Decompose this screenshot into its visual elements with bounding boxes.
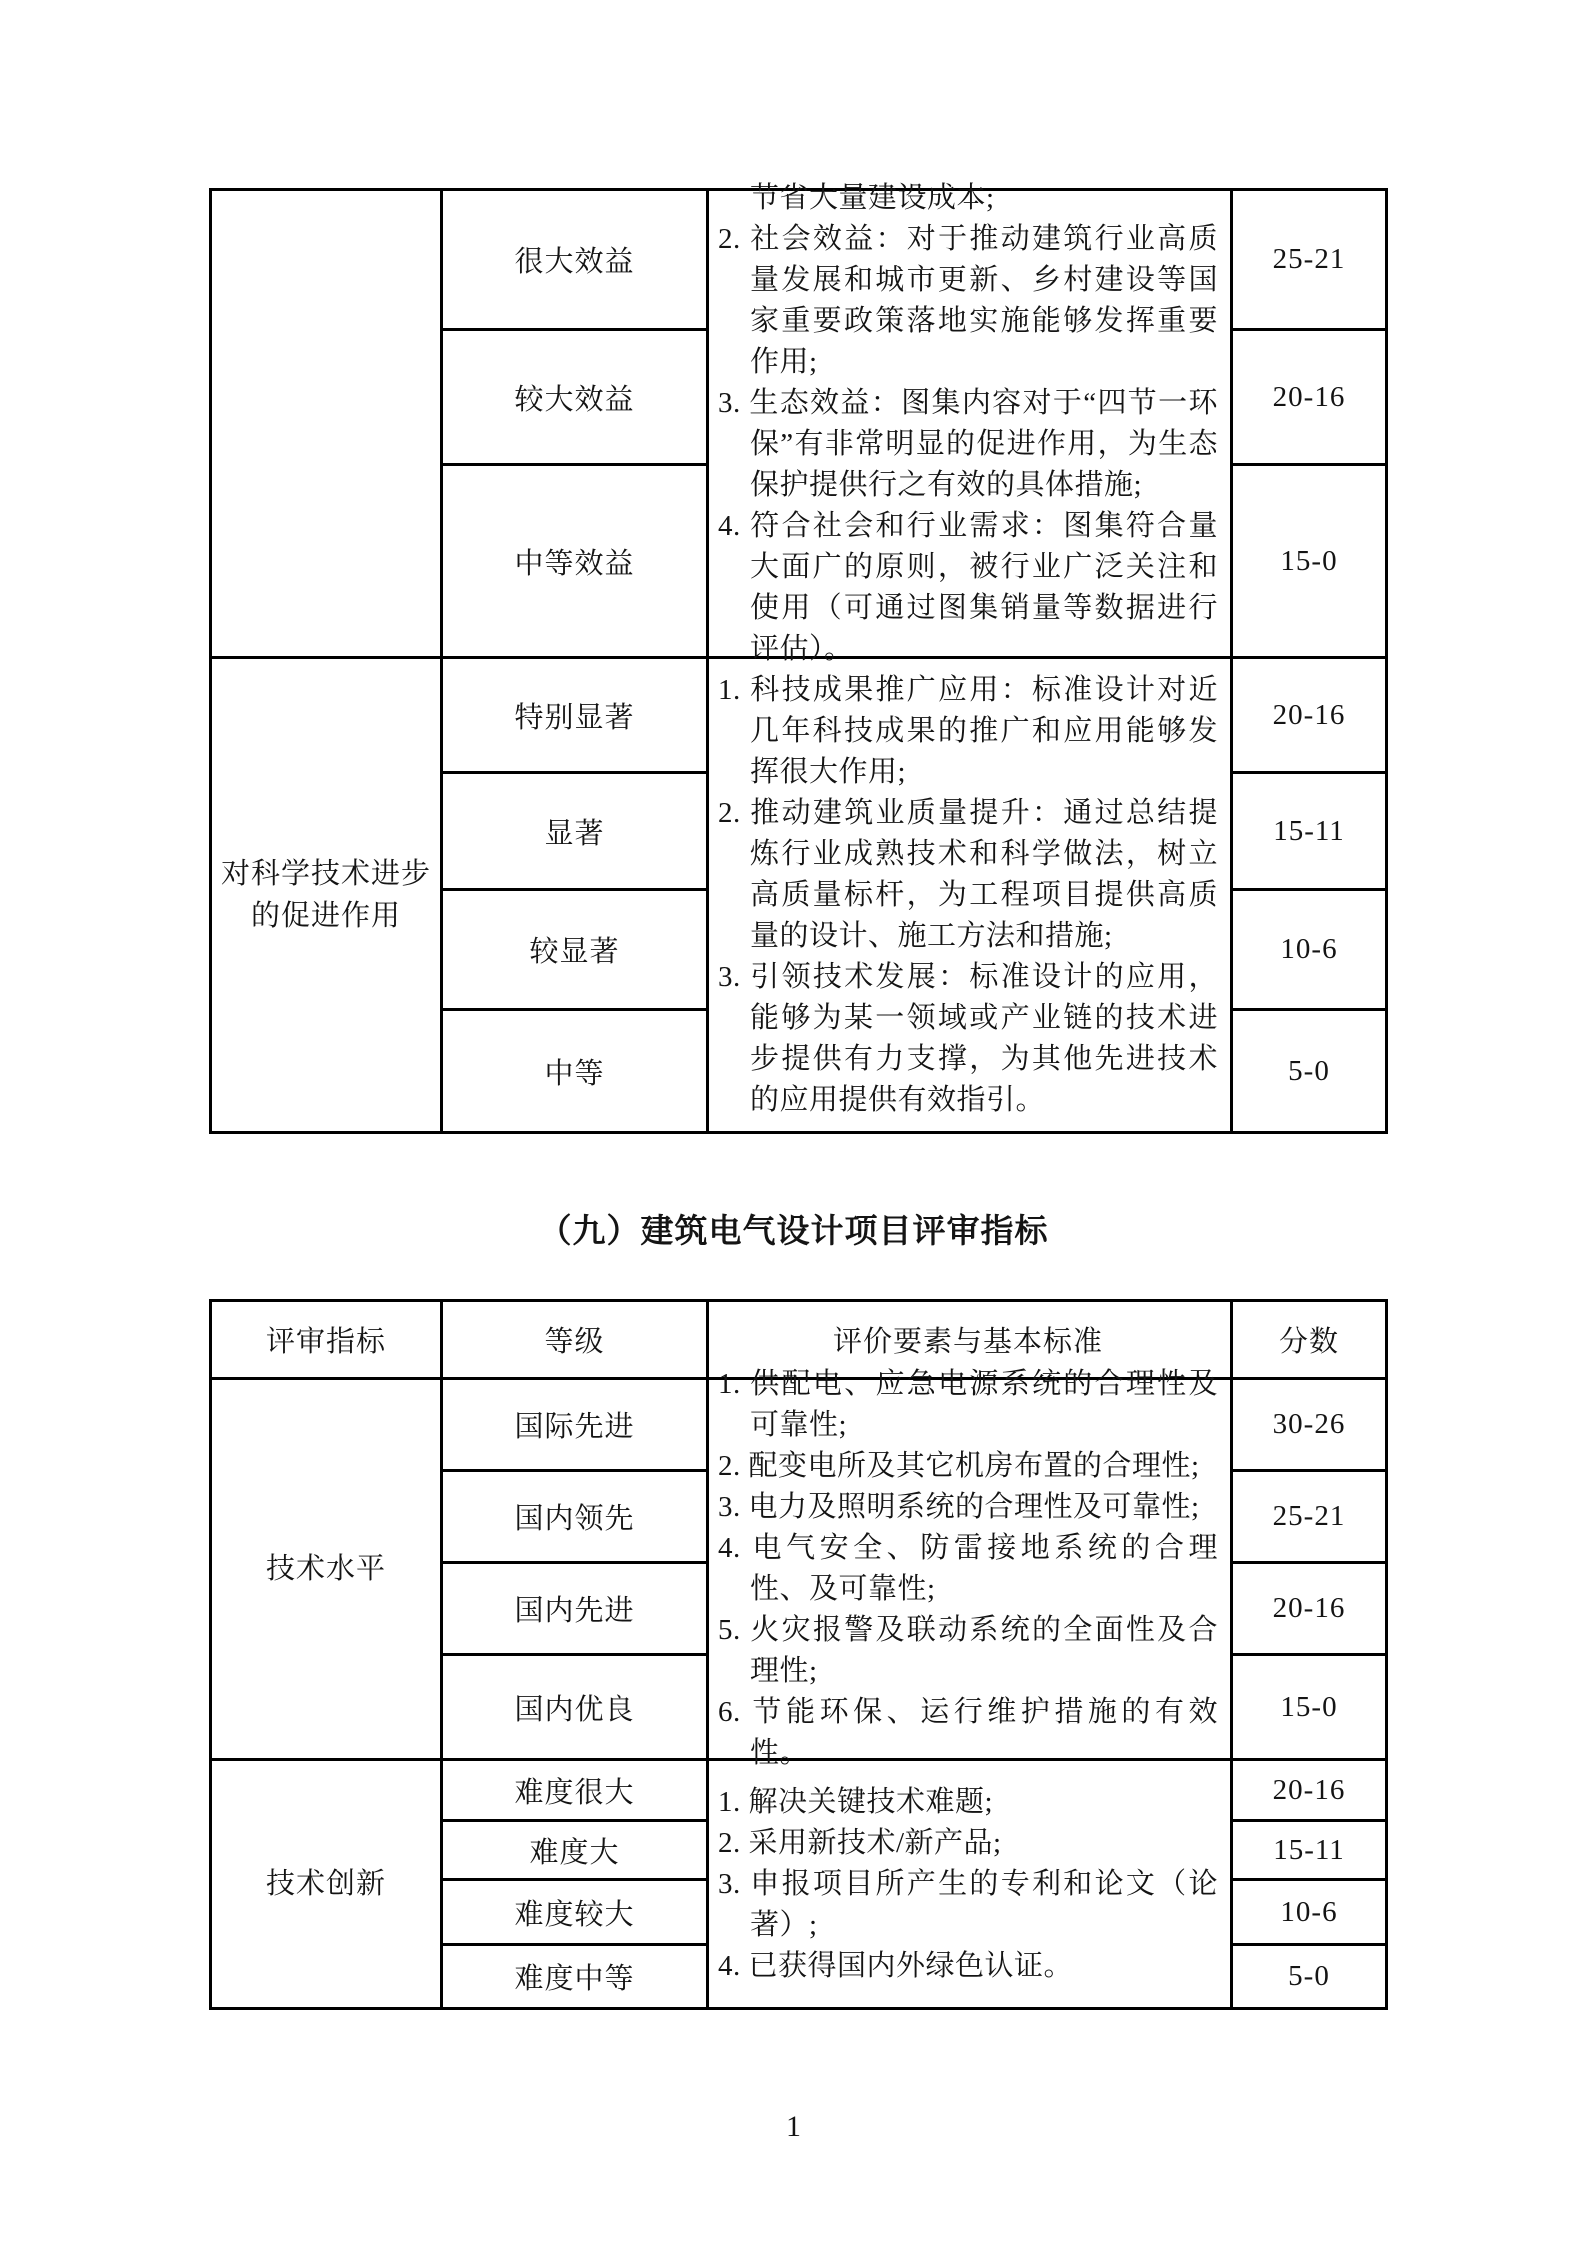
score-cell: 15-11	[1233, 774, 1385, 891]
grade-cell: 特别显著	[443, 659, 706, 774]
score-value: 15-0	[1280, 545, 1337, 578]
grade-label: 很大效益	[514, 239, 634, 280]
column-header-indicator: 评审指标	[212, 1302, 443, 1377]
grade-cell: 难度大	[443, 1822, 706, 1881]
grade-label: 难度中等	[514, 1956, 634, 1997]
grade-label: 较显著	[529, 929, 619, 970]
score-cell: 20-16	[1233, 659, 1385, 774]
score-value: 5-0	[1288, 1055, 1330, 1088]
score-value: 15-11	[1273, 815, 1345, 848]
score-cell: 15-0	[1233, 1656, 1385, 1758]
grade-label: 显著	[544, 811, 604, 852]
grade-label: 较大效益	[514, 377, 634, 418]
table-section-technical-level: 技术水平 国际先进 国内领先 国内先进 国内优良 1. 供配电、应急电源系统的合…	[212, 1380, 1385, 1761]
criteria-cell: 1. 解决关键技术难题; 2. 采用新技术/新产品; 3. 申报项目所产生的专利…	[709, 1761, 1233, 2007]
table-section-technical-innovation: 技术创新 难度很大 难度大 难度较大 难度中等 1. 解决关键技术难题; 2. …	[212, 1761, 1385, 2007]
score-column: 30-26 25-21 20-16 15-0	[1233, 1380, 1385, 1758]
grade-cell: 难度中等	[443, 1946, 706, 2007]
criteria-item: 4. 电气安全、防雷接地系统的合理性、及可靠性;	[718, 1528, 1218, 1610]
grade-column: 很大效益 较大效益 中等效益	[443, 191, 709, 656]
score-cell: 15-0	[1233, 466, 1385, 656]
criteria-item: 5. 火灾报警及联动系统的全面性及合理性;	[718, 1610, 1218, 1692]
grade-cell: 很大效益	[443, 191, 706, 331]
score-cell: 20-16	[1233, 1564, 1385, 1656]
indicator-cell: 对科学技术进步的促进作用	[212, 659, 443, 1131]
grade-column: 难度很大 难度大 难度较大 难度中等	[443, 1761, 709, 2007]
grade-cell: 较显著	[443, 891, 706, 1011]
score-value: 10-6	[1280, 933, 1337, 966]
score-column: 20-16 15-11 10-6 5-0	[1233, 1761, 1385, 2007]
score-value: 20-16	[1273, 1774, 1346, 1807]
criteria-item: 4. 已获得国内外绿色认证。	[718, 1946, 1218, 1987]
column-header-label: 分数	[1279, 1319, 1339, 1360]
score-cell: 15-11	[1233, 1822, 1385, 1881]
criteria-cell: 节省大量建设成本; 2. 社会效益：对于推动建筑行业高质量发展和城市更新、乡村建…	[709, 191, 1233, 656]
grade-cell: 国内领先	[443, 1472, 706, 1564]
criteria-cell: 1. 供配电、应急电源系统的合理性及可靠性; 2. 配变电所及其它机房布置的合理…	[709, 1380, 1233, 1758]
score-value: 20-16	[1273, 381, 1346, 414]
score-value: 15-11	[1273, 1834, 1345, 1867]
grade-label: 中等	[544, 1051, 604, 1092]
grade-cell: 国际先进	[443, 1380, 706, 1472]
score-value: 25-21	[1273, 1500, 1346, 1533]
score-column: 25-21 20-16 15-0	[1233, 191, 1385, 656]
criteria-item: 3. 生态效益：图集内容对于“四节一环保”有非常明显的促进作用，为生态保护提供行…	[718, 383, 1218, 506]
grade-column: 特别显著 显著 较显著 中等	[443, 659, 709, 1131]
grade-label: 国内优良	[514, 1687, 634, 1728]
score-value: 10-6	[1280, 1896, 1337, 1929]
column-header-label: 评审指标	[266, 1319, 386, 1360]
column-header-score: 分数	[1233, 1302, 1385, 1377]
score-value: 20-16	[1273, 699, 1346, 732]
grade-label: 难度较大	[514, 1892, 634, 1933]
criteria-item: 节省大量建设成本;	[718, 178, 1218, 219]
grade-cell: 难度较大	[443, 1881, 706, 1946]
criteria-item: 3. 电力及照明系统的合理性及可靠性;	[718, 1487, 1218, 1528]
grade-cell: 较大效益	[443, 331, 706, 466]
grade-cell: 显著	[443, 774, 706, 891]
score-cell: 5-0	[1233, 1946, 1385, 2007]
table-electrical-design-evaluation: 评审指标 等级 评价要素与基本标准 分数 技术水平 国际先进 国内领先 国内先进…	[209, 1299, 1388, 2010]
indicator-cell: 技术创新	[212, 1761, 443, 2007]
score-column: 20-16 15-11 10-6 5-0	[1233, 659, 1385, 1131]
table-section-science-tech: 对科学技术进步的促进作用 特别显著 显著 较显著 中等 1. 科技成果推广应用：…	[212, 659, 1385, 1131]
criteria-item: 1. 科技成果推广应用：标准设计对近几年科技成果的推广和应用能够发挥很大作用;	[718, 670, 1218, 793]
score-value: 5-0	[1288, 1960, 1330, 1993]
grade-label: 国内先进	[514, 1588, 634, 1629]
criteria-cell: 1. 科技成果推广应用：标准设计对近几年科技成果的推广和应用能够发挥很大作用; …	[709, 659, 1233, 1131]
table-benefit-evaluation: 很大效益 较大效益 中等效益 节省大量建设成本; 2. 社会效益：对于推动建筑行…	[209, 188, 1388, 1134]
column-header-grade: 等级	[443, 1302, 709, 1377]
grade-cell: 难度很大	[443, 1761, 706, 1822]
page-number: 1	[0, 2110, 1587, 2144]
criteria-item: 2. 采用新技术/新产品;	[718, 1823, 1218, 1864]
indicator-cell	[212, 191, 443, 656]
score-cell: 10-6	[1233, 1881, 1385, 1946]
grade-cell: 国内优良	[443, 1656, 706, 1758]
criteria-item: 2. 配变电所及其它机房布置的合理性;	[718, 1446, 1218, 1487]
score-cell: 20-16	[1233, 331, 1385, 466]
column-header-label: 等级	[544, 1319, 604, 1360]
score-cell: 10-6	[1233, 891, 1385, 1011]
score-cell: 20-16	[1233, 1761, 1385, 1822]
criteria-item: 1. 供配电、应急电源系统的合理性及可靠性;	[718, 1364, 1218, 1446]
table-section-benefit: 很大效益 较大效益 中等效益 节省大量建设成本; 2. 社会效益：对于推动建筑行…	[212, 191, 1385, 659]
grade-cell: 中等	[443, 1011, 706, 1131]
grade-cell: 中等效益	[443, 466, 706, 656]
column-header-label: 评价要素与基本标准	[833, 1319, 1103, 1360]
score-cell: 30-26	[1233, 1380, 1385, 1472]
grade-cell: 国内先进	[443, 1564, 706, 1656]
criteria-item: 1. 解决关键技术难题;	[718, 1782, 1218, 1823]
grade-column: 国际先进 国内领先 国内先进 国内优良	[443, 1380, 709, 1758]
criteria-item: 3. 引领技术发展：标准设计的应用，能够为某一领域或产业链的技术进步提供有力支撑…	[718, 957, 1218, 1121]
document-page: 很大效益 较大效益 中等效益 节省大量建设成本; 2. 社会效益：对于推动建筑行…	[0, 0, 1587, 2245]
criteria-item: 2. 推动建筑业质量提升：通过总结提炼行业成熟技术和科学做法，树立高质量标杆，为…	[718, 793, 1218, 957]
grade-label: 难度很大	[514, 1770, 634, 1811]
score-cell: 5-0	[1233, 1011, 1385, 1131]
grade-label: 中等效益	[514, 541, 634, 582]
criteria-item: 4. 符合社会和行业需求：图集符合量大面广的原则，被行业广泛关注和使用（可通过图…	[718, 506, 1218, 670]
grade-label: 特别显著	[514, 695, 634, 736]
grade-label: 国内领先	[514, 1496, 634, 1537]
score-cell: 25-21	[1233, 191, 1385, 331]
score-value: 25-21	[1273, 243, 1346, 276]
indicator-label: 技术创新	[260, 1863, 392, 1905]
indicator-label: 对科学技术进步的促进作用	[212, 853, 440, 937]
score-value: 20-16	[1273, 1592, 1346, 1625]
score-value: 30-26	[1273, 1408, 1346, 1441]
criteria-item: 2. 社会效益：对于推动建筑行业高质量发展和城市更新、乡村建设等国家重要政策落地…	[718, 219, 1218, 383]
criteria-item: 3. 申报项目所产生的专利和论文（论著）;	[718, 1864, 1218, 1946]
grade-label: 难度大	[529, 1830, 619, 1871]
indicator-label: 技术水平	[260, 1548, 392, 1590]
score-cell: 25-21	[1233, 1472, 1385, 1564]
section-title: （九）建筑电气设计项目评审指标	[0, 1205, 1587, 1252]
indicator-cell: 技术水平	[212, 1380, 443, 1758]
grade-label: 国际先进	[514, 1404, 634, 1445]
score-value: 15-0	[1280, 1691, 1337, 1724]
